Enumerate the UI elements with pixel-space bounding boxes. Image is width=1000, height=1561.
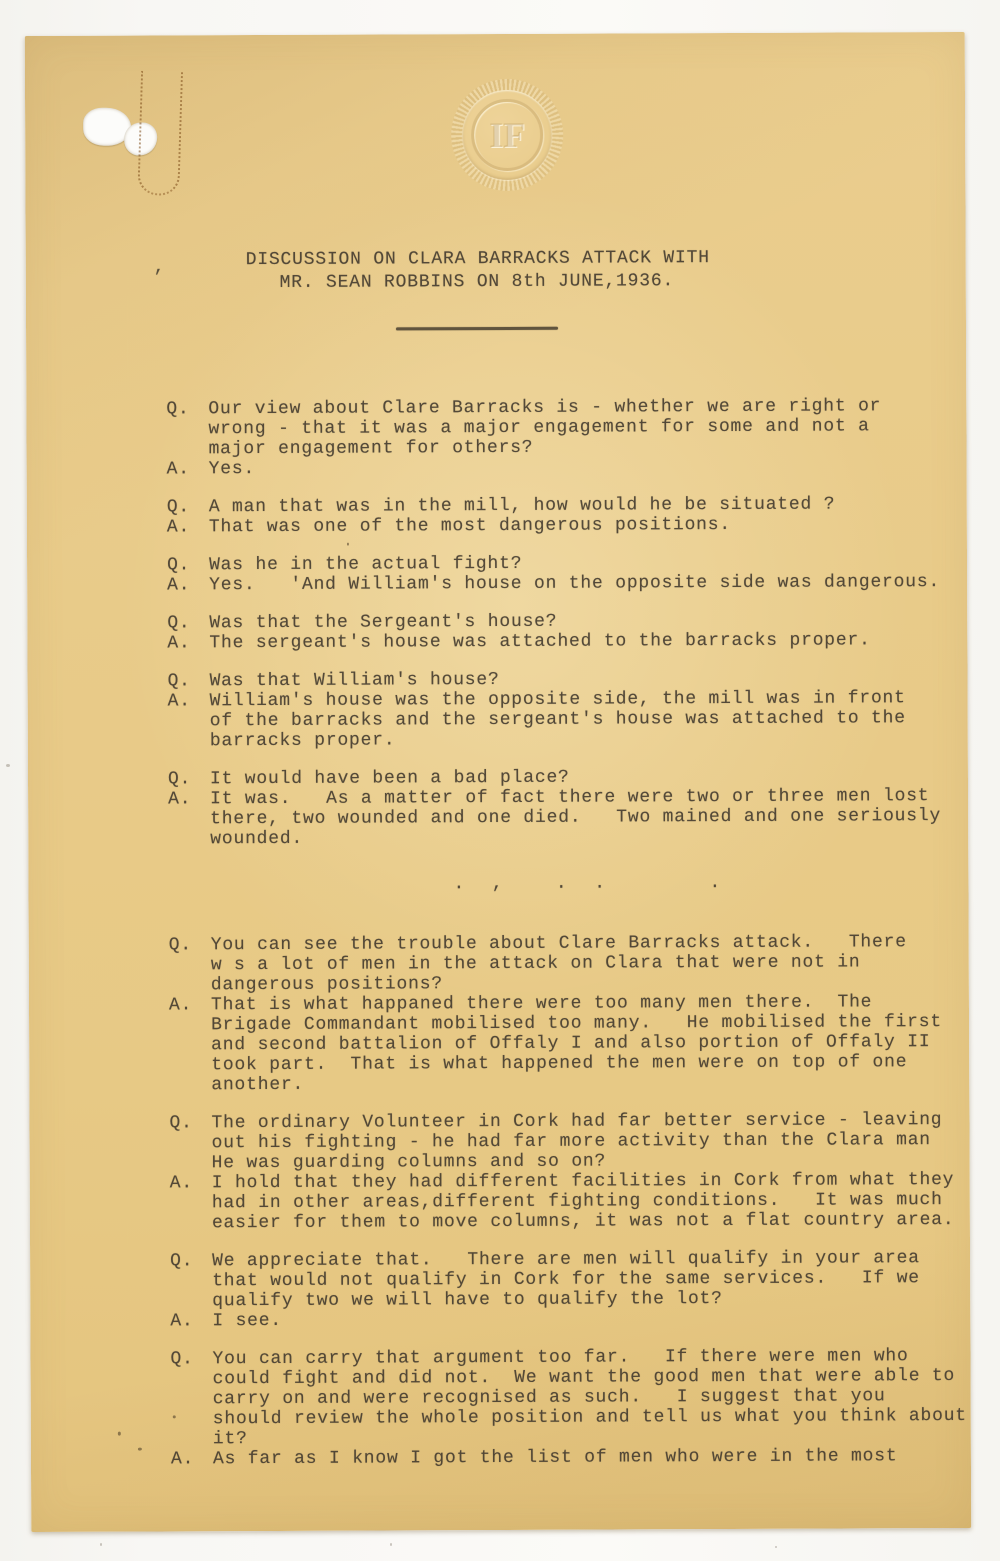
title-underline bbox=[396, 327, 558, 331]
question-line: out his fighting - he had far more activ… bbox=[212, 1130, 970, 1153]
question-row: Q. You can carry that argument too far. … bbox=[170, 1346, 970, 1449]
answer-line: I see. bbox=[212, 1308, 970, 1331]
answer-label: A. bbox=[168, 789, 210, 809]
answer-row: A. That was one of the most dangerous po… bbox=[167, 514, 967, 537]
answer-label: A. bbox=[167, 517, 209, 537]
question-line: w s a lot of men in the attack on Clara … bbox=[211, 952, 969, 975]
answer-line: of the barracks and the sergeant's house… bbox=[210, 708, 968, 731]
seal-monogram: IF bbox=[451, 79, 563, 191]
question-label: Q. bbox=[167, 613, 209, 633]
answer-line: Yes. bbox=[209, 456, 967, 479]
answer-label: A. bbox=[170, 1173, 212, 1193]
answer-line: As far as I know I got the list of men w… bbox=[213, 1446, 971, 1469]
answer-row: A. It was. As a matter of fact there wer… bbox=[168, 786, 968, 849]
answer-text: Yes. bbox=[209, 456, 967, 479]
dots-separator: . , . . . bbox=[453, 872, 968, 894]
answer-row: A. As far as I know I got the list of me… bbox=[171, 1446, 971, 1469]
answer-line: another. bbox=[211, 1072, 969, 1095]
document-title: DISCUSSION ON CLARA BARRACKS ATTACK WITH… bbox=[246, 247, 708, 331]
answer-label: A. bbox=[167, 575, 209, 595]
answer-line: The sergeant's house was attached to the… bbox=[209, 630, 967, 653]
background-speck bbox=[100, 1543, 102, 1546]
background-speck bbox=[775, 1546, 777, 1548]
question-label: Q. bbox=[170, 1251, 212, 1271]
answer-text: It was. As a matter of fact there were t… bbox=[210, 786, 968, 849]
answer-row: A. Yes. bbox=[167, 456, 967, 479]
answer-row: A. The sergeant's house was attached to … bbox=[167, 630, 967, 653]
answer-text: That was one of the most dangerous posit… bbox=[209, 514, 967, 537]
title-line-2: MR. SEAN ROBBINS ON 8th JUNE,1936. bbox=[246, 270, 708, 295]
question-line: wrong - that it was a major engagement f… bbox=[208, 416, 966, 439]
answer-text: I see. bbox=[212, 1308, 970, 1331]
question-text: We appreciate that. There are men will q… bbox=[212, 1248, 970, 1311]
question-label: Q. bbox=[167, 497, 209, 517]
answer-text: That is what happaned there were too man… bbox=[211, 992, 969, 1095]
question-label: Q. bbox=[170, 1349, 212, 1369]
question-line: should review the whole position and tel… bbox=[213, 1406, 971, 1429]
paper-sheet: IF , DISCUSSION ON CLARA BARRACKS ATTACK… bbox=[25, 32, 972, 1532]
question-text: Our view about Clare Barracks is - wheth… bbox=[208, 396, 966, 459]
question-line: that would not qualify in Cork for the s… bbox=[212, 1268, 970, 1291]
question-label: Q. bbox=[169, 935, 211, 955]
question-label: Q. bbox=[167, 555, 209, 575]
answer-label: A. bbox=[167, 459, 209, 479]
question-label: Q. bbox=[168, 671, 210, 691]
qa-block: Q. Our view about Clare Barracks is - wh… bbox=[166, 396, 966, 479]
qa-block: Q. Was he in the actual fight? A. Yes. '… bbox=[167, 552, 967, 595]
answer-row: A. I hold that they had different facili… bbox=[170, 1170, 970, 1233]
answer-line: took part. That is what happened the men… bbox=[211, 1052, 969, 1075]
question-text: You can see the trouble about Clare Barr… bbox=[211, 932, 969, 995]
qa-block: Q. It would have been a bad place? A. It… bbox=[168, 766, 968, 849]
qa-block: Q. A man that was in the mill, how would… bbox=[167, 494, 967, 537]
answer-line: easier for them to move columns, it was … bbox=[212, 1210, 970, 1233]
scanned-document-page: { "paper": { "color": "#eacd8e", "seal_m… bbox=[0, 0, 1000, 1561]
paper-clip-rust-stain bbox=[137, 71, 183, 196]
background-speck bbox=[390, 1543, 392, 1546]
answer-label: A. bbox=[169, 995, 211, 1015]
answer-text: The sergeant's house was attached to the… bbox=[209, 630, 967, 653]
qa-block: Q. You can carry that argument too far. … bbox=[170, 1346, 971, 1469]
answer-text: As far as I know I got the list of men w… bbox=[213, 1446, 971, 1469]
title-line-1: DISCUSSION ON CLARA BARRACKS ATTACK WITH bbox=[246, 247, 708, 272]
question-row: Q. You can see the trouble about Clare B… bbox=[169, 932, 969, 995]
answer-row: A. That is what happaned there were too … bbox=[169, 992, 969, 1095]
qa-transcript: Q. Our view about Clare Barracks is - wh… bbox=[26, 396, 971, 1488]
answer-label: A. bbox=[167, 633, 209, 653]
background-speck bbox=[6, 764, 10, 767]
qa-block: Q. We appreciate that. There are men wil… bbox=[170, 1248, 970, 1331]
answer-label: A. bbox=[168, 691, 210, 711]
embossed-seal: IF bbox=[451, 79, 563, 191]
answer-row: A. Yes. 'And William's house on the oppo… bbox=[167, 572, 967, 595]
qa-block: Q. The ordinary Volunteer in Cork had fa… bbox=[169, 1110, 970, 1233]
question-row: Q. We appreciate that. There are men wil… bbox=[170, 1248, 970, 1311]
question-text: You can carry that argument too far. If … bbox=[212, 1346, 970, 1449]
qa-block: Q. Was that the Sergeant's house? A. The… bbox=[167, 610, 967, 653]
stray-ink-mark: , bbox=[154, 257, 166, 277]
question-row: Q. Our view about Clare Barracks is - wh… bbox=[166, 396, 966, 459]
question-label: Q. bbox=[169, 1113, 211, 1133]
question-text: The ordinary Volunteer in Cork had far b… bbox=[211, 1110, 969, 1173]
answer-row: A. I see. bbox=[170, 1308, 970, 1331]
answer-line: wounded. bbox=[210, 826, 968, 849]
answer-row: A. William's house was the opposite side… bbox=[168, 688, 968, 751]
question-row: Q. The ordinary Volunteer in Cork had fa… bbox=[169, 1110, 969, 1173]
qa-block: Q. Was that William's house? A. William'… bbox=[168, 668, 968, 751]
question-label: Q. bbox=[168, 769, 210, 789]
answer-line: Yes. 'And William's house on the opposit… bbox=[209, 572, 967, 595]
answer-line: barracks proper. bbox=[210, 728, 968, 751]
question-label: Q. bbox=[166, 399, 208, 419]
answer-text: William's house was the opposite side, t… bbox=[210, 688, 968, 751]
answer-text: Yes. 'And William's house on the opposit… bbox=[209, 572, 967, 595]
qa-block: Q. You can see the trouble about Clare B… bbox=[169, 932, 970, 1095]
answer-label: A. bbox=[171, 1449, 213, 1469]
answer-line: there, two wounded and one died. Two mai… bbox=[210, 806, 968, 829]
answer-text: I hold that they had different facilitie… bbox=[212, 1170, 970, 1233]
answer-line: That was one of the most dangerous posit… bbox=[209, 514, 967, 537]
answer-label: A. bbox=[170, 1311, 212, 1331]
